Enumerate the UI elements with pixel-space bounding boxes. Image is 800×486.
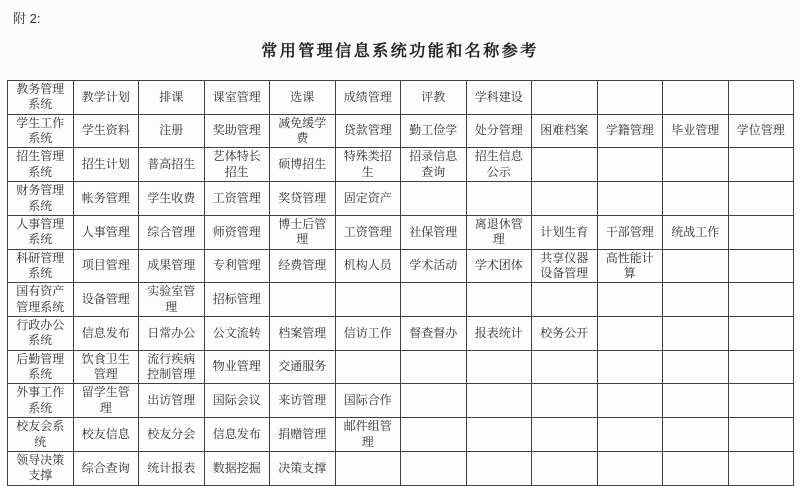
empty-cell	[663, 418, 729, 452]
table-row: 领导决策支撑综合查询统计报表数据挖掘决策支撑	[8, 451, 794, 485]
function-cell: 项目管理	[73, 249, 139, 283]
system-name-cell: 科研管理系统	[8, 249, 74, 283]
function-cell: 特殊类招生	[335, 148, 401, 182]
function-cell: 邮件组管理	[335, 418, 401, 452]
empty-cell	[597, 418, 663, 452]
system-name-cell: 学生工作系统	[8, 114, 74, 148]
function-cell: 学科建设	[466, 81, 532, 115]
function-cell: 统战工作	[663, 215, 729, 249]
attachment-label: 附 2:	[13, 8, 40, 27]
function-cell: 决策支撑	[270, 451, 336, 485]
system-name-cell: 领导决策支撑	[8, 451, 74, 485]
function-cell: 招标管理	[204, 283, 270, 317]
empty-cell	[663, 283, 729, 317]
empty-cell	[597, 283, 663, 317]
function-cell: 信息发布	[73, 317, 139, 351]
function-cell: 注册	[139, 114, 205, 148]
system-name-cell: 后勤管理系统	[8, 350, 74, 384]
function-cell: 高性能计算	[597, 249, 663, 283]
empty-cell	[663, 451, 729, 485]
function-cell: 师资管理	[204, 215, 270, 249]
empty-cell	[597, 451, 663, 485]
empty-cell	[728, 317, 794, 351]
empty-cell	[532, 283, 598, 317]
function-cell: 综合管理	[139, 215, 205, 249]
empty-cell	[728, 215, 794, 249]
function-cell: 评教	[401, 81, 467, 115]
function-cell: 来访管理	[270, 384, 336, 418]
empty-cell	[401, 283, 467, 317]
system-name-cell: 财务管理系统	[8, 182, 74, 216]
empty-cell	[663, 81, 729, 115]
function-cell: 数据挖掘	[204, 451, 270, 485]
system-name-cell: 招生管理系统	[8, 148, 74, 182]
function-cell: 国际会议	[204, 384, 270, 418]
function-cell: 困难档案	[532, 114, 598, 148]
function-cell: 实验室管理	[139, 283, 205, 317]
system-name-cell: 校友会系统	[8, 418, 74, 452]
empty-cell	[532, 182, 598, 216]
function-cell: 公文流转	[204, 317, 270, 351]
empty-cell	[728, 81, 794, 115]
function-cell: 交通服务	[270, 350, 336, 384]
function-cell: 流行疾病控制管理	[139, 350, 205, 384]
function-cell: 教学计划	[73, 81, 139, 115]
function-cell: 博士后管理	[270, 215, 336, 249]
empty-cell	[663, 384, 729, 418]
function-cell: 饮食卫生管理	[73, 350, 139, 384]
empty-cell	[532, 350, 598, 384]
function-cell: 社保管理	[401, 215, 467, 249]
function-cell: 捐赠管理	[270, 418, 336, 452]
empty-cell	[466, 350, 532, 384]
function-cell: 校友分会	[139, 418, 205, 452]
function-cell: 统计报表	[139, 451, 205, 485]
table-row: 科研管理系统项目管理成果管理专利管理经费管理机构人员学术活动学术团体共享仪器设备…	[8, 249, 794, 283]
function-cell: 出访管理	[139, 384, 205, 418]
table-row: 国有资产管理系统设备管理实验室管理招标管理	[8, 283, 794, 317]
function-cell: 学术团体	[466, 249, 532, 283]
function-cell: 奖助管理	[204, 114, 270, 148]
function-cell: 信访工作	[335, 317, 401, 351]
system-name-cell: 行政办公系统	[8, 317, 74, 351]
function-cell: 校务公开	[532, 317, 598, 351]
empty-cell	[663, 317, 729, 351]
empty-cell	[401, 451, 467, 485]
function-cell: 学生资料	[73, 114, 139, 148]
empty-cell	[466, 451, 532, 485]
function-cell: 离退休管理	[466, 215, 532, 249]
function-cell: 减免缓学费	[270, 114, 336, 148]
function-cell: 普高招生	[139, 148, 205, 182]
function-cell: 招录信息查询	[401, 148, 467, 182]
empty-cell	[532, 418, 598, 452]
empty-cell	[663, 148, 729, 182]
function-cell: 计划生育	[532, 215, 598, 249]
function-cell: 成果管理	[139, 249, 205, 283]
empty-cell	[466, 283, 532, 317]
empty-cell	[466, 418, 532, 452]
empty-cell	[335, 283, 401, 317]
function-cell: 物业管理	[204, 350, 270, 384]
function-cell: 固定资产	[335, 182, 401, 216]
empty-cell	[597, 384, 663, 418]
table-body: 教务管理系统教学计划排课课室管理选课成绩管理评教学科建设学生工作系统学生资料注册…	[8, 81, 794, 486]
table-row: 外事工作系统留学生管理出访管理国际会议来访管理国际合作	[8, 384, 794, 418]
function-cell: 经费管理	[270, 249, 336, 283]
function-cell: 国际合作	[335, 384, 401, 418]
function-cell: 艺体特长招生	[204, 148, 270, 182]
table-row: 招生管理系统招生计划普高招生艺体特长招生硕博招生特殊类招生招录信息查询招生信息公…	[8, 148, 794, 182]
empty-cell	[335, 451, 401, 485]
function-cell: 招生计划	[73, 148, 139, 182]
table-row: 校友会系统校友信息校友分会信息发布捐赠管理邮件组管理	[8, 418, 794, 452]
empty-cell	[532, 148, 598, 182]
empty-cell	[728, 384, 794, 418]
empty-cell	[401, 418, 467, 452]
function-cell: 成绩管理	[335, 81, 401, 115]
page-title: 常用管理信息系统功能和名称参考	[0, 38, 800, 61]
function-cell: 学生收费	[139, 182, 205, 216]
empty-cell	[597, 81, 663, 115]
table-row: 后勤管理系统饮食卫生管理流行疾病控制管理物业管理交通服务	[8, 350, 794, 384]
empty-cell	[466, 182, 532, 216]
function-cell: 工资管理	[204, 182, 270, 216]
function-cell: 日常办公	[139, 317, 205, 351]
function-cell: 信息发布	[204, 418, 270, 452]
empty-cell	[597, 317, 663, 351]
empty-cell	[532, 451, 598, 485]
function-cell: 档案管理	[270, 317, 336, 351]
empty-cell	[728, 350, 794, 384]
system-name-cell: 国有资产管理系统	[8, 283, 74, 317]
function-cell: 共享仪器设备管理	[532, 249, 598, 283]
function-cell: 干部管理	[597, 215, 663, 249]
function-cell: 留学生管理	[73, 384, 139, 418]
function-cell: 专利管理	[204, 249, 270, 283]
function-cell: 排课	[139, 81, 205, 115]
function-cell: 勤工俭学	[401, 114, 467, 148]
table-row: 人事管理系统人事管理综合管理师资管理博士后管理工资管理社保管理离退休管理计划生育…	[8, 215, 794, 249]
function-cell: 综合查询	[73, 451, 139, 485]
function-cell: 机构人员	[335, 249, 401, 283]
table-row: 财务管理系统帐务管理学生收费工资管理奖贷管理固定资产	[8, 182, 794, 216]
function-cell: 课室管理	[204, 81, 270, 115]
function-cell: 报表统计	[466, 317, 532, 351]
empty-cell	[597, 350, 663, 384]
empty-cell	[663, 249, 729, 283]
empty-cell	[663, 182, 729, 216]
function-cell: 奖贷管理	[270, 182, 336, 216]
function-cell: 设备管理	[73, 283, 139, 317]
function-cell: 校友信息	[73, 418, 139, 452]
empty-cell	[728, 182, 794, 216]
function-cell: 处分管理	[466, 114, 532, 148]
document-page: 附 2: 常用管理信息系统功能和名称参考 教务管理系统教学计划排课课室管理选课成…	[0, 0, 800, 486]
empty-cell	[401, 350, 467, 384]
function-cell: 督查督办	[401, 317, 467, 351]
function-cell: 毕业管理	[663, 114, 729, 148]
empty-cell	[663, 350, 729, 384]
system-name-cell: 外事工作系统	[8, 384, 74, 418]
table-row: 教务管理系统教学计划排课课室管理选课成绩管理评教学科建设	[8, 81, 794, 115]
empty-cell	[597, 148, 663, 182]
empty-cell	[728, 148, 794, 182]
function-cell: 招生信息公示	[466, 148, 532, 182]
system-name-cell: 教务管理系统	[8, 81, 74, 115]
empty-cell	[270, 283, 336, 317]
empty-cell	[532, 384, 598, 418]
empty-cell	[532, 81, 598, 115]
function-cell: 工资管理	[335, 215, 401, 249]
empty-cell	[401, 182, 467, 216]
empty-cell	[335, 350, 401, 384]
empty-cell	[728, 283, 794, 317]
empty-cell	[466, 384, 532, 418]
function-cell: 贷款管理	[335, 114, 401, 148]
function-cell: 学术活动	[401, 249, 467, 283]
function-cell: 人事管理	[73, 215, 139, 249]
function-cell: 帐务管理	[73, 182, 139, 216]
empty-cell	[728, 451, 794, 485]
empty-cell	[597, 182, 663, 216]
function-cell: 选课	[270, 81, 336, 115]
empty-cell	[728, 418, 794, 452]
table-row: 学生工作系统学生资料注册奖助管理减免缓学费贷款管理勤工俭学处分管理困难档案学籍管…	[8, 114, 794, 148]
table-row: 行政办公系统信息发布日常办公公文流转档案管理信访工作督查督办报表统计校务公开	[8, 317, 794, 351]
empty-cell	[728, 249, 794, 283]
systems-table: 教务管理系统教学计划排课课室管理选课成绩管理评教学科建设学生工作系统学生资料注册…	[7, 80, 794, 486]
system-name-cell: 人事管理系统	[8, 215, 74, 249]
function-cell: 学籍管理	[597, 114, 663, 148]
function-cell: 学位管理	[728, 114, 794, 148]
empty-cell	[401, 384, 467, 418]
function-cell: 硕博招生	[270, 148, 336, 182]
